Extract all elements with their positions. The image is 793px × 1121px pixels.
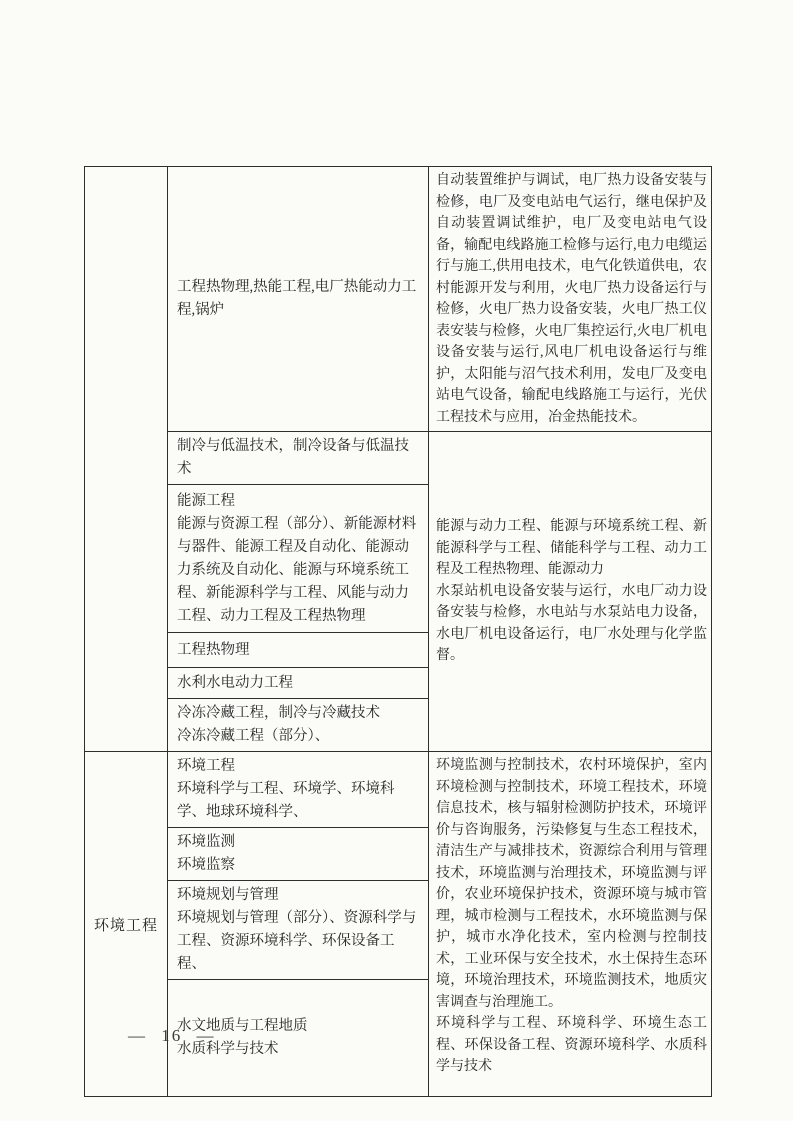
document-page: 工程热物理,热能工程,电厂热能动力工程,锅炉 自动装置维护与调试，电厂热力设备安… <box>0 0 793 1121</box>
major-cell-environmental-monitoring: 环境监测 环境监察 <box>168 828 429 881</box>
major-cell-environmental-planning: 环境规划与管理 环境规划与管理（部分）、资源科学与工程、资源环境科学、环保设备工… <box>168 881 429 980</box>
table-row: 制冷与低温技术，制冷设备与低温技术 能源与动力工程、能源与环境系统工程、新能源科… <box>85 432 712 485</box>
major-cell-refrigeration: 制冷与低温技术，制冷设备与低温技术 <box>168 432 429 485</box>
table-row: 工程热物理,热能工程,电厂热能动力工程,锅炉 自动装置维护与调试，电厂热力设备安… <box>85 167 712 432</box>
major-cell-engineering-thermophysics: 工程热物理 <box>168 633 429 668</box>
category-cell-top <box>85 167 168 752</box>
related-majors-cell-energy-1: 自动装置维护与调试，电厂热力设备安装与检修，电厂及变电站电气运行，继电保护及自动… <box>429 167 712 432</box>
related-majors-cell-environment: 环境监测与控制技术，农村环境保护，室内环境检测与控制技术，环境工程技术，环境信息… <box>429 752 712 1097</box>
major-cell-thermal-engineering: 工程热物理,热能工程,电厂热能动力工程,锅炉 <box>168 167 429 432</box>
table-row: 环境工程 环境工程 环境科学与工程、环境学、环境科学、地球环境科学、 环境监测与… <box>85 752 712 828</box>
majors-table: 工程热物理,热能工程,电厂热能动力工程,锅炉 自动装置维护与调试，电厂热力设备安… <box>84 166 712 1097</box>
related-majors-cell-energy-2: 能源与动力工程、能源与环境系统工程、新能源科学与工程、储能科学与工程、动力工程及… <box>429 432 712 752</box>
major-cell-energy-engineering: 能源工程 能源与资源工程（部分）、新能源材料与器件、能源工程及自动化、能源动力系… <box>168 485 429 633</box>
major-cell-environmental-engineering: 环境工程 环境科学与工程、环境学、环境科学、地球环境科学、 <box>168 752 429 828</box>
page-number: — 16 — <box>128 1026 216 1046</box>
major-cell-cold-storage: 冷冻冷藏工程，制冷与冷藏技术 冷冻冷藏工程（部分）、 <box>168 699 429 752</box>
major-cell-hydropower: 水利水电动力工程 <box>168 668 429 699</box>
